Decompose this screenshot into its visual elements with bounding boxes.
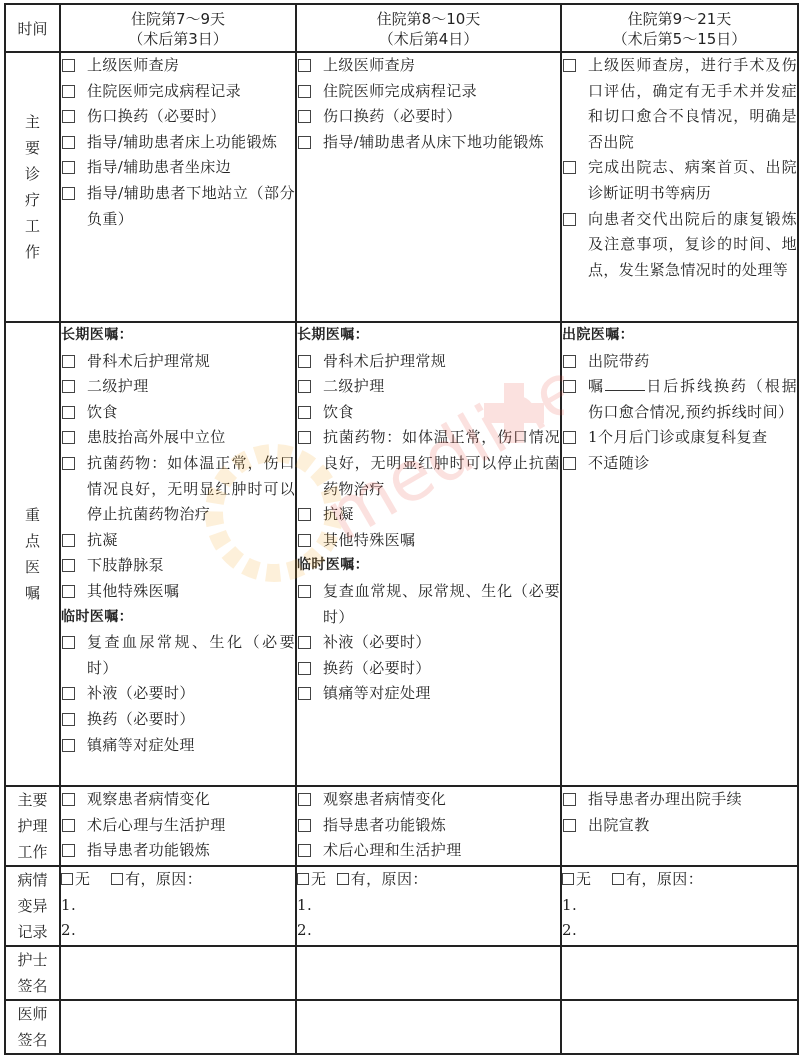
label-line: 医师: [6, 1001, 59, 1027]
label-line: 记录: [6, 919, 59, 945]
label-char: 重: [6, 502, 59, 528]
has-reason-label: 有，原因：: [351, 870, 428, 888]
checkbox-icon[interactable]: [61, 104, 87, 130]
checklist-item[interactable]: 指导患者办理出院手续: [562, 787, 797, 813]
label-line: 护士: [6, 947, 59, 973]
checkbox-icon[interactable]: [61, 707, 87, 733]
item-text: 住院医师完成病程记录: [87, 79, 295, 105]
key-orders-row: 重 点 医 嘱 长期医嘱： 骨科术后护理常规 二级护理 饮食 患肢抬高外展中立位…: [5, 322, 798, 786]
checkbox-icon[interactable]: [562, 207, 588, 284]
variation-col1: 无 有，原因： 1. 2.: [60, 866, 296, 946]
checklist-item[interactable]: 下肢静脉泵: [61, 553, 295, 579]
reason-line-1[interactable]: 1.: [297, 893, 560, 919]
checkbox-icon[interactable]: [297, 838, 323, 864]
checklist-item[interactable]: 指导/辅助患者床上功能锻炼: [61, 130, 295, 156]
item-text: 镇痛等对症处理: [87, 733, 295, 759]
doctor-signature-col2[interactable]: [296, 1000, 561, 1054]
column-header-line1: 住院第9～21天: [562, 9, 797, 29]
checkbox-icon[interactable]: [61, 787, 87, 813]
checklist-item[interactable]: 指导患者功能锻炼: [61, 838, 295, 864]
checklist-item[interactable]: 上级医师查房: [61, 53, 295, 79]
item-text: 抗菌药物：如体温正常，伤口情况良好，无明显红肿时可以停止抗菌药物治疗: [323, 425, 560, 502]
item-text: 换药（必要时）: [87, 707, 295, 733]
clinical-pathway-table: 时间 住院第7～9天 （术后第3日） 住院第8～10天 （术后第4日） 住院第9…: [4, 3, 799, 1055]
item-text: 观察患者病情变化: [87, 787, 295, 813]
reason-line-1[interactable]: 1.: [562, 893, 797, 919]
item-text: 骨科术后护理常规: [323, 349, 560, 375]
item-text: 指导/辅助患者下地站立（部分负重）: [87, 181, 295, 232]
has-reason-label: 有，原因：: [626, 870, 703, 888]
checklist-item[interactable]: 抗凝: [297, 502, 560, 528]
label-char: 诊: [6, 161, 59, 187]
item-text: 二级护理: [87, 374, 295, 400]
checklist-item[interactable]: 嘱日后拆线换药（根据伤口愈合情况,预约拆线时间）: [562, 374, 797, 425]
checkbox-icon[interactable]: [297, 425, 323, 502]
column-header-day7-9: 住院第7～9天 （术后第3日）: [60, 4, 296, 52]
item-text: 补液（必要时）: [323, 630, 560, 656]
label-line: 签名: [6, 1027, 59, 1053]
checkbox-icon[interactable]: [61, 425, 87, 451]
item-text: 饮食: [323, 400, 560, 426]
temporary-orders-title: 临时医嘱：: [61, 605, 295, 631]
none-label: 无: [75, 870, 90, 888]
checkbox-none[interactable]: [297, 873, 309, 885]
checkbox-icon[interactable]: [297, 681, 323, 707]
checklist-item[interactable]: 指导/辅助患者坐床边: [61, 155, 295, 181]
checklist-item[interactable]: 其他特殊医嘱: [297, 528, 560, 554]
checkbox-icon[interactable]: [61, 155, 87, 181]
checklist-item[interactable]: 向患者交代出院后的康复锻炼及注意事项，复诊的时间、地点，发生紧急情况时的处理等: [562, 207, 797, 284]
discharge-orders-title: 出院医嘱：: [562, 323, 797, 349]
checkbox-icon[interactable]: [61, 400, 87, 426]
checkbox-icon[interactable]: [61, 733, 87, 759]
checkbox-icon[interactable]: [297, 400, 323, 426]
item-text: 抗菌药物：如体温正常，伤口情况良好，无明显红肿时可以停止抗菌药物治疗: [87, 451, 295, 528]
item-text: 补液（必要时）: [87, 681, 295, 707]
checklist-item[interactable]: 换药（必要时）: [61, 707, 295, 733]
checklist-item[interactable]: 上级医师查房，进行手术及伤口评估，确定有无手术并发症和切口愈合不良情况，明确是否…: [562, 53, 797, 155]
none-label: 无: [311, 870, 326, 888]
checkbox-icon[interactable]: [297, 502, 323, 528]
checklist-item[interactable]: 伤口换药（必要时）: [61, 104, 295, 130]
checklist-item[interactable]: 复查血常规、尿常规、生化（必要时）: [297, 579, 560, 630]
checkbox-has[interactable]: [612, 873, 624, 885]
checkbox-icon[interactable]: [297, 79, 323, 105]
checkbox-icon[interactable]: [297, 53, 323, 79]
label-char: 医: [6, 554, 59, 580]
has-reason-label: 有，原因：: [125, 870, 202, 888]
reason-line-2[interactable]: 2.: [297, 918, 560, 944]
doctor-signature-col3[interactable]: [561, 1000, 798, 1054]
item-text: 下肢静脉泵: [87, 553, 295, 579]
column-header-line1: 住院第8～10天: [297, 9, 560, 29]
main-work-col3: 上级医师查房，进行手术及伤口评估，确定有无手术并发症和切口愈合不良情况，明确是否…: [561, 52, 798, 322]
label-line: 变异: [6, 893, 59, 919]
checklist-item[interactable]: 出院宣教: [562, 813, 797, 839]
checklist-item[interactable]: 补液（必要时）: [61, 681, 295, 707]
item-text: 上级医师查房: [87, 53, 295, 79]
item-text: 指导患者功能锻炼: [323, 813, 560, 839]
doctor-signature-label: 医师 签名: [5, 1000, 60, 1054]
item-text: 伤口换药（必要时）: [323, 104, 560, 130]
checkbox-icon[interactable]: [297, 528, 323, 554]
label-char: 作: [6, 239, 59, 265]
checkbox-icon[interactable]: [61, 374, 87, 400]
item-text: 上级医师查房: [323, 53, 560, 79]
checkbox-icon[interactable]: [61, 181, 87, 232]
checkbox-none[interactable]: [61, 873, 73, 885]
clinical-pathway-page: medline 时间 住院第7～9天 （术后第3日） 住院第8～10天 （术后第…: [4, 3, 797, 1053]
checkbox-icon[interactable]: [562, 425, 588, 451]
item-text: 出院带药: [588, 349, 797, 375]
main-work-row: 主 要 诊 疗 工 作 上级医师查房 住院医师完成病程记录 伤口换药（必要时） …: [5, 52, 798, 322]
item-text: 指导/辅助患者从床下地功能锻炼: [323, 130, 560, 156]
item-text: 指导/辅助患者床上功能锻炼: [87, 130, 295, 156]
key-orders-label: 重 点 医 嘱: [5, 322, 60, 786]
checklist-item[interactable]: 术后心理和生活护理: [297, 838, 560, 864]
checkbox-icon[interactable]: [297, 656, 323, 682]
nursing-col3: 指导患者办理出院手续 出院宣教: [561, 786, 798, 866]
checklist-item[interactable]: 1个月后门诊或康复科复查: [562, 425, 797, 451]
none-label: 无: [576, 870, 591, 888]
item-text: 复查血常规、尿常规、生化（必要时）: [323, 579, 560, 630]
checkbox-icon[interactable]: [61, 630, 87, 681]
reason-line-2[interactable]: 2.: [562, 918, 797, 944]
nursing-col2: 观察患者病情变化 指导患者功能锻炼 术后心理和生活护理: [296, 786, 561, 866]
checkbox-icon[interactable]: [562, 451, 588, 477]
checkbox-none[interactable]: [562, 873, 574, 885]
main-work-label: 主 要 诊 疗 工 作: [5, 52, 60, 322]
temporary-orders-title: 临时医嘱：: [297, 553, 560, 579]
item-text: 住院医师完成病程记录: [323, 79, 560, 105]
item-text: 完成出院志、病案首页、出院诊断证明书等病历: [588, 155, 797, 206]
item-text: 不适随诊: [588, 451, 797, 477]
variation-options: 无 有，原因：: [562, 867, 797, 893]
checklist-item[interactable]: 镇痛等对症处理: [61, 733, 295, 759]
nursing-col1: 观察患者病情变化 术后心理与生活护理 指导患者功能锻炼: [60, 786, 296, 866]
item-text: 出院宣教: [588, 813, 797, 839]
checkbox-icon[interactable]: [562, 813, 588, 839]
variation-options: 无 有，原因：: [297, 867, 560, 893]
checkbox-icon[interactable]: [61, 838, 87, 864]
checklist-item[interactable]: 二级护理: [61, 374, 295, 400]
checkbox-icon[interactable]: [61, 53, 87, 79]
checkbox-icon[interactable]: [61, 553, 87, 579]
nurse-signature-col1[interactable]: [60, 946, 296, 1000]
item-text: 骨科术后护理常规: [87, 349, 295, 375]
label-line: 签名: [6, 973, 59, 999]
nursing-label: 主要 护理 工作: [5, 786, 60, 866]
checklist-item[interactable]: 指导/辅助患者从床下地功能锻炼: [297, 130, 560, 156]
header-row: 时间 住院第7～9天 （术后第3日） 住院第8～10天 （术后第4日） 住院第9…: [5, 4, 798, 52]
checklist-item[interactable]: 饮食: [297, 400, 560, 426]
item-text: 其他特殊医嘱: [87, 579, 295, 605]
variation-options: 无 有，原因：: [61, 867, 295, 893]
checkbox-icon[interactable]: [562, 349, 588, 375]
nurse-signature-row: 护士 签名: [5, 946, 798, 1000]
column-header-day8-10: 住院第8～10天 （术后第4日）: [296, 4, 561, 52]
item-text: 术后心理与生活护理: [87, 813, 295, 839]
label-char: 要: [6, 135, 59, 161]
column-header-line2: （术后第3日）: [61, 29, 295, 49]
checklist-item[interactable]: 骨科术后护理常规: [297, 349, 560, 375]
checklist-item[interactable]: 住院医师完成病程记录: [61, 79, 295, 105]
item-text: 上级医师查房，进行手术及伤口评估，确定有无手术并发症和切口愈合不良情况，明确是否…: [588, 53, 797, 155]
checkbox-icon[interactable]: [562, 53, 588, 155]
checklist-item[interactable]: 抗菌药物：如体温正常，伤口情况良好，无明显红肿时可以停止抗菌药物治疗: [61, 451, 295, 528]
checklist-item[interactable]: 出院带药: [562, 349, 797, 375]
checkbox-icon[interactable]: [562, 787, 588, 813]
label-char: 疗: [6, 187, 59, 213]
checkbox-icon[interactable]: [61, 681, 87, 707]
item-text: 指导患者功能锻炼: [87, 838, 295, 864]
variation-label: 病情 变异 记录: [5, 866, 60, 946]
item-text: 指导/辅助患者坐床边: [87, 155, 295, 181]
checkbox-icon[interactable]: [61, 349, 87, 375]
checkbox-icon[interactable]: [562, 155, 588, 206]
variation-col3: 无 有，原因： 1. 2.: [561, 866, 798, 946]
item-text-prefix: 嘱: [588, 377, 605, 395]
checkbox-icon[interactable]: [61, 451, 87, 528]
checklist-item[interactable]: 上级医师查房: [297, 53, 560, 79]
item-text: 其他特殊医嘱: [323, 528, 560, 554]
main-work-col2: 上级医师查房 住院医师完成病程记录 伤口换药（必要时） 指导/辅助患者从床下地功…: [296, 52, 561, 322]
checkbox-icon[interactable]: [61, 528, 87, 554]
checkbox-icon[interactable]: [297, 374, 323, 400]
checkbox-icon[interactable]: [297, 630, 323, 656]
checkbox-icon[interactable]: [61, 813, 87, 839]
checkbox-icon[interactable]: [297, 579, 323, 630]
item-text: 1个月后门诊或康复科复查: [588, 425, 797, 451]
checklist-item[interactable]: 指导/辅助患者下地站立（部分负重）: [61, 181, 295, 232]
label-line: 护理: [6, 813, 59, 839]
item-text: 换药（必要时）: [323, 656, 560, 682]
days-blank-field[interactable]: [605, 376, 645, 391]
checkbox-icon[interactable]: [61, 79, 87, 105]
checklist-item[interactable]: 抗凝: [61, 528, 295, 554]
main-work-col1: 上级医师查房 住院医师完成病程记录 伤口换药（必要时） 指导/辅助患者床上功能锻…: [60, 52, 296, 322]
checkbox-icon[interactable]: [297, 349, 323, 375]
label-line: 工作: [6, 839, 59, 865]
item-text: 术后心理和生活护理: [323, 838, 560, 864]
column-header-day9-21: 住院第9～21天 （术后第5～15日）: [561, 4, 798, 52]
variation-col2: 无 有，原因： 1. 2.: [296, 866, 561, 946]
checklist-item[interactable]: 不适随诊: [562, 451, 797, 477]
checkbox-icon[interactable]: [297, 104, 323, 130]
nursing-row: 主要 护理 工作 观察患者病情变化 术后心理与生活护理 指导患者功能锻炼 观察患…: [5, 786, 798, 866]
checkbox-has[interactable]: [337, 873, 349, 885]
doctor-signature-row: 医师 签名: [5, 1000, 798, 1054]
checkbox-icon[interactable]: [297, 130, 323, 156]
checklist-item[interactable]: 指导患者功能锻炼: [297, 813, 560, 839]
checkbox-icon[interactable]: [562, 374, 588, 425]
checkbox-icon[interactable]: [61, 130, 87, 156]
checklist-item[interactable]: 住院医师完成病程记录: [297, 79, 560, 105]
checklist-item[interactable]: 伤口换药（必要时）: [297, 104, 560, 130]
label-line: 病情: [6, 867, 59, 893]
checklist-item[interactable]: 其他特殊医嘱: [61, 579, 295, 605]
checklist-item[interactable]: 观察患者病情变化: [61, 787, 295, 813]
reason-line-1[interactable]: 1.: [61, 893, 295, 919]
key-orders-col2: 长期医嘱： 骨科术后护理常规 二级护理 饮食 抗菌药物：如体温正常，伤口情况良好…: [296, 322, 561, 786]
label-char: 嘱: [6, 580, 59, 606]
label-line: 主要: [6, 787, 59, 813]
nurse-signature-col2[interactable]: [296, 946, 561, 1000]
item-text: 嘱日后拆线换药（根据伤口愈合情况,预约拆线时间）: [588, 374, 797, 425]
label-char: 主: [6, 109, 59, 135]
checklist-item[interactable]: 完成出院志、病案首页、出院诊断证明书等病历: [562, 155, 797, 206]
checklist-item[interactable]: 补液（必要时）: [297, 630, 560, 656]
nurse-signature-label: 护士 签名: [5, 946, 60, 1000]
checklist-item[interactable]: 观察患者病情变化: [297, 787, 560, 813]
label-char: 工: [6, 213, 59, 239]
item-text: 抗凝: [87, 528, 295, 554]
column-header-line2: （术后第5～15日）: [562, 29, 797, 49]
key-orders-col3: 出院医嘱： 出院带药 嘱日后拆线换药（根据伤口愈合情况,预约拆线时间） 1个月后…: [561, 322, 798, 786]
checklist-item[interactable]: 术后心理与生活护理: [61, 813, 295, 839]
item-text: 指导患者办理出院手续: [588, 787, 797, 813]
item-text: 向患者交代出院后的康复锻炼及注意事项，复诊的时间、地点，发生紧急情况时的处理等: [588, 207, 797, 284]
item-text: 伤口换药（必要时）: [87, 104, 295, 130]
item-text: 患肢抬高外展中立位: [87, 425, 295, 451]
checklist-item[interactable]: 抗菌药物：如体温正常，伤口情况良好，无明显红肿时可以停止抗菌药物治疗: [297, 425, 560, 502]
nurse-signature-col3[interactable]: [561, 946, 798, 1000]
reason-line-2[interactable]: 2.: [61, 918, 295, 944]
checklist-item[interactable]: 骨科术后护理常规: [61, 349, 295, 375]
doctor-signature-col1[interactable]: [60, 1000, 296, 1054]
long-term-orders-title: 长期医嘱：: [61, 323, 295, 349]
checklist-item[interactable]: 复查血尿常规、生化（必要时）: [61, 630, 295, 681]
item-text: 饮食: [87, 400, 295, 426]
checkbox-icon[interactable]: [61, 579, 87, 605]
checklist-item[interactable]: 饮食: [61, 400, 295, 426]
checklist-item[interactable]: 换药（必要时）: [297, 656, 560, 682]
item-text: 镇痛等对症处理: [323, 681, 560, 707]
item-text: 抗凝: [323, 502, 560, 528]
checklist-item[interactable]: 镇痛等对症处理: [297, 681, 560, 707]
column-header-line2: （术后第4日）: [297, 29, 560, 49]
key-orders-col1: 长期医嘱： 骨科术后护理常规 二级护理 饮食 患肢抬高外展中立位 抗菌药物：如体…: [60, 322, 296, 786]
checklist-item[interactable]: 患肢抬高外展中立位: [61, 425, 295, 451]
checkbox-icon[interactable]: [297, 813, 323, 839]
checklist-item[interactable]: 二级护理: [297, 374, 560, 400]
label-char: 点: [6, 528, 59, 554]
checkbox-icon[interactable]: [297, 787, 323, 813]
variation-row: 病情 变异 记录 无 有，原因： 1. 2. 无 有，原因： 1. 2.: [5, 866, 798, 946]
item-text: 二级护理: [323, 374, 560, 400]
long-term-orders-title: 长期医嘱：: [297, 323, 560, 349]
checkbox-has[interactable]: [111, 873, 123, 885]
item-text: 观察患者病情变化: [323, 787, 560, 813]
time-label: 时间: [5, 4, 60, 52]
column-header-line1: 住院第7～9天: [61, 9, 295, 29]
item-text: 复查血尿常规、生化（必要时）: [87, 630, 295, 681]
